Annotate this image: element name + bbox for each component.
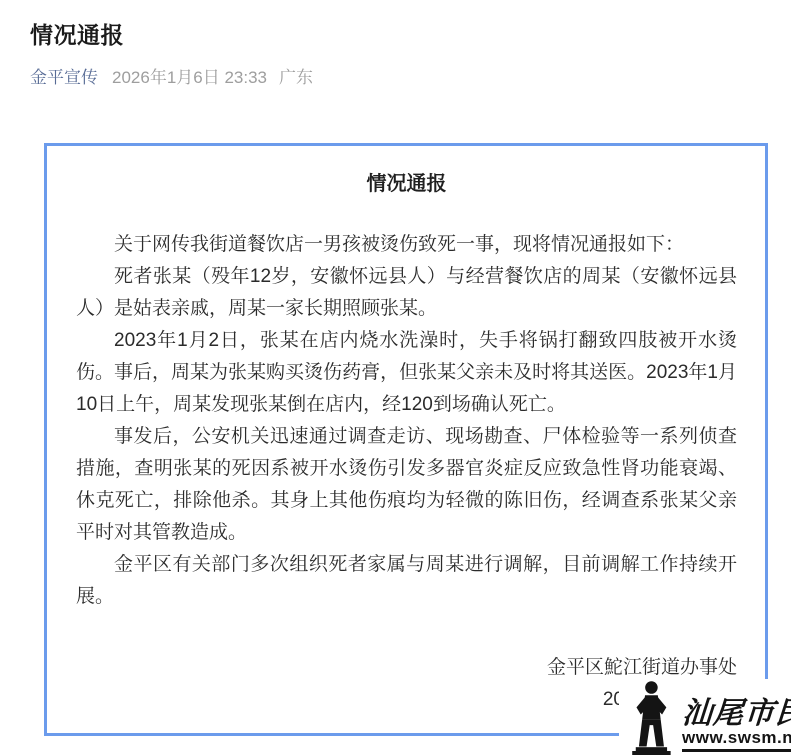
article-header: 情况通报 金平宣传2026年1月6日 23:33广东 <box>0 0 791 89</box>
publish-location: 广东 <box>279 68 313 87</box>
author-link[interactable]: 金平宣传 <box>30 68 98 87</box>
notice-paragraph: 事发后，公安机关迅速通过调查走访、现场勘查、尸体检验等一系列侦查措施，查明张某的… <box>76 421 737 549</box>
watermark-text: 汕尾市民网 www.swsm.net <box>682 698 791 755</box>
person-silhouette-icon <box>619 681 681 755</box>
article-page: 情况通报 金平宣传2026年1月6日 23:33广东 情况通报 关于网传我街道餐… <box>0 0 791 755</box>
page-title: 情况通报 <box>30 17 761 50</box>
notice-paragraph: 2023年1月2日，张某在店内烧水洗澡时，失手将锅打翻致四肢被开水烫伤。事后，周… <box>76 325 737 421</box>
notice-body: 关于网传我街道餐饮店一男孩被烫伤致死一事，现将情况通报如下： 死者张某（殁年12… <box>76 229 737 613</box>
notice-box: 情况通报 关于网传我街道餐饮店一男孩被烫伤致死一事，现将情况通报如下： 死者张某… <box>44 143 768 736</box>
notice-paragraph: 关于网传我街道餐饮店一男孩被烫伤致死一事，现将情况通报如下： <box>76 229 737 261</box>
publish-datetime: 2026年1月6日 23:33 <box>112 68 267 87</box>
watermark-site-name: 汕尾市民网 <box>681 698 791 730</box>
notice-paragraph: 金平区有关部门多次组织死者家属与周某进行调解，目前调解工作持续开展。 <box>76 549 737 613</box>
watermark-site-url: www.swsm.net <box>682 729 791 752</box>
notice-paragraph: 死者张某（殁年12岁，安徽怀远县人）与经营餐饮店的周某（安徽怀远县人）是姑表亲戚… <box>76 261 737 325</box>
watermark: 汕尾市民网 www.swsm.net <box>619 679 791 755</box>
byline: 金平宣传2026年1月6日 23:33广东 <box>30 67 761 89</box>
notice-title: 情况通报 <box>76 170 737 198</box>
